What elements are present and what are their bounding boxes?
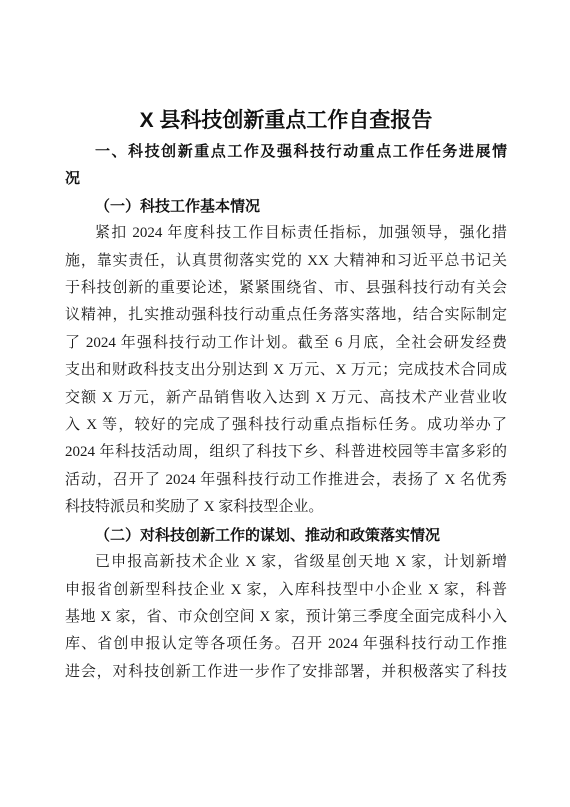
paragraph-1-line-6: 支出和财政科技支出分别达到 X 万元、X 万元；完成技术合同成 [65, 357, 507, 384]
paragraph-1-line-8: 入 X 等，较好的完成了强科技行动重点指标任务。成功举办了 [65, 412, 507, 439]
paragraph-1-line-4: 议精神，扎实推动强科技行动重点任务落实落地，结合实际制定 [65, 302, 507, 329]
paragraph-1-line-5: 了 2024 年强科技行动工作计划。截至 6 月底，全社会研发经费 [65, 330, 507, 357]
paragraph-2-line-4: 库、省创申报认定等各项任务。召开 2024 年强科技行动工作推 [65, 631, 507, 658]
paragraph-2-line-2: 申报省创新型科技企业 X 家，入库科技型中小企业 X 家，科普 [65, 577, 507, 604]
paragraph-1-line-10: 活动，召开了 2024 年强科技行动工作推进会，表扬了 X 名优秀 [65, 467, 507, 494]
paragraph-1-line-2: 施，靠实责任，认真贯彻落实党的 XX 大精神和习近平总书记关 [65, 248, 507, 275]
paragraph-1-line-9: 2024 年科技活动周，组织了科技下乡、科普进校园等丰富多彩的 [65, 439, 507, 466]
paragraph-1-line-7: 交额 X 万元，新产品销售收入达到 X 万元、高技术产业营业收 [65, 385, 507, 412]
paragraph-1-line-11: 科技特派员和奖励了 X 家科技型企业。 [65, 494, 507, 521]
document-title: X 县科技创新重点工作自查报告 [65, 104, 507, 138]
document-body: 一、科技创新重点工作及强科技行动重点工作任务进展情 况 （一）科技工作基本情况 … [65, 138, 507, 686]
subsection-1-heading: （一）科技工作基本情况 [65, 193, 507, 220]
subsection-2-heading: （二）对科技创新工作的谋划、推动和政策落实情况 [65, 522, 507, 549]
document-page: X 县科技创新重点工作自查报告 一、科技创新重点工作及强科技行动重点工作任务进展… [0, 0, 570, 807]
section-1-heading-line-2: 况 [65, 165, 507, 192]
paragraph-2-line-5: 进会，对科技创新工作进一步作了安排部署，并积极落实了科技 [65, 659, 507, 686]
paragraph-2-line-3: 基地 X 家，省、市众创空间 X 家，预计第三季度全面完成科小入 [65, 604, 507, 631]
paragraph-1-line-3: 于科技创新的重要论述，紧紧围绕省、市、县强科技行动有关会 [65, 275, 507, 302]
paragraph-2-line-1: 已申报高新技术企业 X 家，省级星创天地 X 家，计划新增 [65, 549, 507, 576]
paragraph-1-line-1: 紧扣 2024 年度科技工作目标责任指标，加强领导，强化措 [65, 220, 507, 247]
section-1-heading-line-1: 一、科技创新重点工作及强科技行动重点工作任务进展情 [65, 138, 507, 165]
